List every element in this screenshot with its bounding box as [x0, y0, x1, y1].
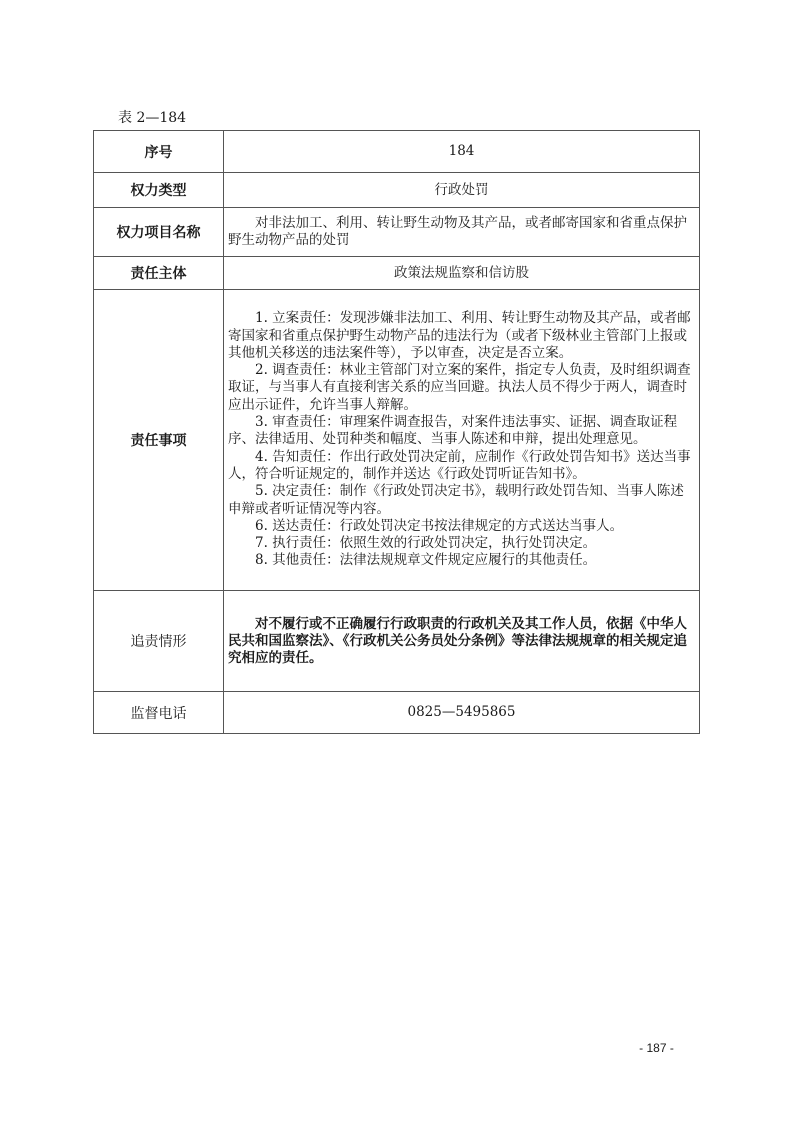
label-power-type: 权力类型	[94, 173, 224, 208]
label-subject: 责任主体	[94, 257, 224, 290]
row-serial: 序号 184	[94, 131, 700, 173]
label-responsibilities: 责任事项	[94, 290, 224, 591]
label-accountability: 追责情形	[94, 591, 224, 692]
value-serial: 184	[224, 131, 700, 173]
responsibility-item: 6. 送达责任：行政处罚决定书按法律规定的方式送达当事人。	[228, 518, 695, 535]
label-item-name: 权力项目名称	[94, 208, 224, 257]
value-subject: 政策法规监察和信访股	[224, 257, 700, 290]
responsibility-item: 3. 审查责任：审理案件调查报告，对案件违法事实、证据、调查取证程序、法律适用、…	[228, 414, 695, 449]
page-number: - 187 -	[639, 1041, 674, 1055]
responsibility-item: 4. 告知责任：作出行政处罚决定前，应制作《行政处罚告知书》送达当事人，符合听证…	[228, 449, 695, 484]
responsibility-item: 5. 决定责任：制作《行政处罚决定书》，载明行政处罚告知、当事人陈述申辩或者听证…	[228, 483, 695, 518]
value-phone: 0825—5495865	[224, 692, 700, 734]
value-item-name: 对非法加工、利用、转让野生动物及其产品，或者邮寄国家和省重点保护野生动物产品的处…	[224, 208, 700, 257]
table-caption: 表 2—184	[118, 107, 186, 127]
row-item-name: 权力项目名称 对非法加工、利用、转让野生动物及其产品，或者邮寄国家和省重点保护野…	[94, 208, 700, 257]
row-accountability: 追责情形 对不履行或不正确履行行政职责的行政机关及其工作人员，依据《中华人民共和…	[94, 591, 700, 692]
row-power-type: 权力类型 行政处罚	[94, 173, 700, 208]
row-subject: 责任主体 政策法规监察和信访股	[94, 257, 700, 290]
label-phone: 监督电话	[94, 692, 224, 734]
responsibility-item: 8. 其他责任：法律法规规章文件规定应履行的其他责任。	[228, 552, 695, 569]
responsibility-item: 2. 调查责任：林业主管部门对立案的案件，指定专人负责，及时组织调查取证，与当事…	[228, 362, 695, 414]
label-serial: 序号	[94, 131, 224, 173]
responsibility-item: 1. 立案责任：发现涉嫌非法加工、利用、转让野生动物及其产品，或者邮寄国家和省重…	[228, 310, 695, 362]
value-responsibilities: 1. 立案责任：发现涉嫌非法加工、利用、转让野生动物及其产品，或者邮寄国家和省重…	[224, 290, 700, 591]
responsibility-item: 7. 执行责任：依照生效的行政处罚决定，执行处罚决定。	[228, 535, 695, 552]
row-phone: 监督电话 0825—5495865	[94, 692, 700, 734]
value-power-type: 行政处罚	[224, 173, 700, 208]
page-number-container: - 187 -	[0, 1041, 793, 1055]
power-responsibility-table: 序号 184 权力类型 行政处罚 权力项目名称 对非法加工、利用、转让野生动物及…	[93, 130, 700, 734]
value-accountability: 对不履行或不正确履行行政职责的行政机关及其工作人员，依据《中华人民共和国监察法》…	[224, 591, 700, 692]
row-responsibilities: 责任事项 1. 立案责任：发现涉嫌非法加工、利用、转让野生动物及其产品，或者邮寄…	[94, 290, 700, 591]
